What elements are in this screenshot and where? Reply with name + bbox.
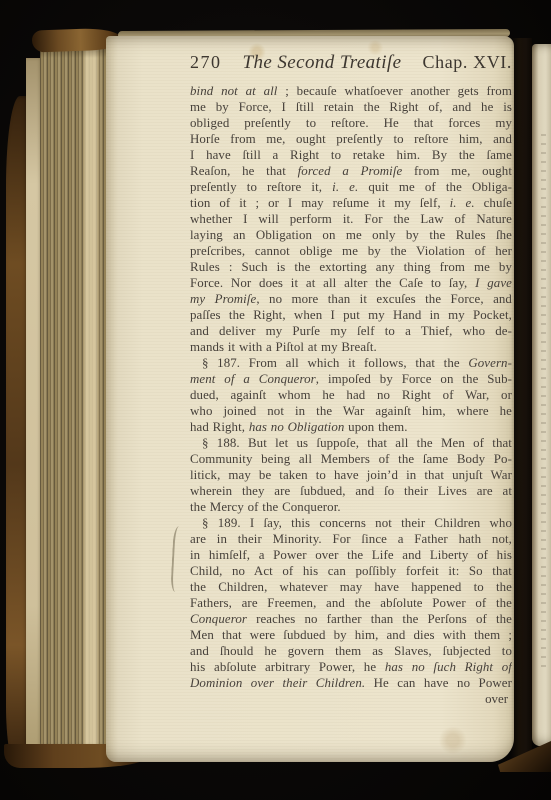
text-line: Rules : Such is the extorting any thing … — [190, 259, 512, 275]
facing-page-sliver — [532, 44, 551, 746]
text-line: I have ſtill a Right to retake him. By t… — [190, 147, 512, 163]
text-line: preſcribes, cannot oblige me by the Viol… — [190, 243, 512, 259]
text-line: Fathers, are Freemen, and the abſolute P… — [190, 595, 512, 611]
text-line: § 189. I ſay, this concerns not their Ch… — [190, 515, 512, 531]
text-line: and ſhould he govern them as Slaves, ſub… — [190, 643, 512, 659]
book-photograph: 270 The Second Treatiſe Chap. XVI. bind … — [0, 0, 551, 800]
page-header: 270 The Second Treatiſe Chap. XVI. — [190, 52, 512, 74]
text-line: mands it with a Piſtol at my Breaſt. — [190, 339, 512, 355]
text-line: the Children, whatever may have happened… — [190, 579, 512, 595]
text-line: who joined not in the War againſt him, w… — [190, 403, 512, 419]
text-line: whether I will perform it. For the Law o… — [190, 211, 512, 227]
text-line: laying an Obligation on me only by the R… — [190, 227, 512, 243]
text-line: tion of it ; or I may reſume it my ſelf,… — [190, 195, 512, 211]
text-line: are in their Minority. For ſince a Fathe… — [190, 531, 512, 547]
text-line: litick, may be taken to have join’d in t… — [190, 467, 512, 483]
text-line: and deliver my Purſe my ſelf to a Thief,… — [190, 323, 512, 339]
text-line: Horſe from me, ought preſently to reſtor… — [190, 131, 512, 147]
text-line: ment of a Conqueror, impoſed by Force on… — [190, 371, 512, 387]
text-line: wherein they are ſubdued, and ſo their L… — [190, 483, 512, 499]
text-line: me by Force, I ſtill retain the Right of… — [190, 99, 512, 115]
text-block: bind not at all ; becauſe whatſoever ano… — [190, 83, 512, 707]
text-line: bind not at all ; becauſe whatſoever ano… — [190, 83, 512, 99]
text-line: Conqueror reaches no farther than the Pe… — [190, 611, 512, 627]
book-page: 270 The Second Treatiſe Chap. XVI. bind … — [106, 36, 514, 762]
text-line: my Promiſe, no more than it excuſes the … — [190, 291, 512, 307]
text-line: preſently to reſtore it, i. e. quit me o… — [190, 179, 512, 195]
gutter-shadow — [511, 38, 532, 760]
text-line: Dominion over their Children. He can hav… — [190, 675, 512, 691]
text-line: § 187. From all which it follows, that t… — [190, 355, 512, 371]
running-title: The Second Treatiſe — [222, 52, 423, 74]
text-line: dued, againſt whom he had no Right of Wa… — [190, 387, 512, 403]
text-line: his abſolute arbitrary Power, he has no … — [190, 659, 512, 675]
text-line: Child, no Act of his can poſſibly forfei… — [190, 563, 512, 579]
text-line: Men that were ſubdued by him, and dies w… — [190, 627, 512, 643]
text-line: had Right, has no Obligation upon them. — [190, 419, 512, 435]
margin-mark — [170, 526, 182, 592]
text-line: the Mercy of the Conqueror. — [190, 499, 512, 515]
text-line: Reaſon, he that forced a Promiſe from me… — [190, 163, 512, 179]
text-line: paſſes the Right, when I put my Hand in … — [190, 307, 512, 323]
catchword: over — [190, 691, 512, 707]
text-line: § 188. But let us ſuppoſe, that all the … — [190, 435, 512, 451]
text-line: obliged preſently to reſtore. He that fo… — [190, 115, 512, 131]
page-edges-stack — [40, 44, 112, 758]
folio-number: 270 — [190, 52, 222, 73]
text-line: in himſelf, a Power over the Life and Li… — [190, 547, 512, 563]
text-line: Community being all Members of the ſame … — [190, 451, 512, 467]
text-line: Force. Nor does it at all alter the Caſe… — [190, 275, 512, 291]
chapter-heading: Chap. XVI. — [423, 52, 513, 73]
